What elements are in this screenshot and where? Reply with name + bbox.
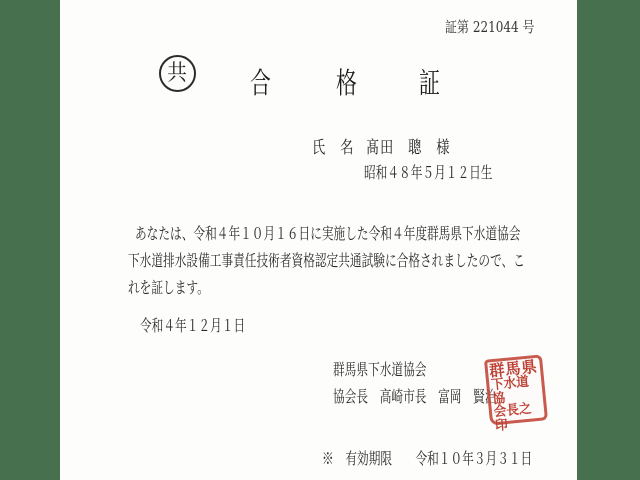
body-line-2: 下水道排水設備工事責任技術者資格認定共通試験に合格されましたので、こ xyxy=(128,248,640,271)
validity-note: ※ 有効期限 令和１０年３月３１日 xyxy=(322,446,610,469)
organization-name: 群馬県下水道協会 xyxy=(333,357,461,380)
circled-kyo-mark-icon: 共 xyxy=(159,55,196,92)
birthdate: 昭和４８年５月１２日生 xyxy=(364,160,540,183)
body-line-3: れを証します。 xyxy=(128,275,239,298)
body-line-1: あなたは、令和４年１０月１６日に実施した令和４年度群馬県下水道協会 xyxy=(135,221,640,244)
official-red-seal: 群馬県 下水道協 会長之印 xyxy=(484,354,548,425)
name-label: 氏 名 xyxy=(312,133,366,158)
certificate-document: 証第 221044 号 共 合 格 証 氏 名 髙田 聰 様 昭和４８年５月１２… xyxy=(0,0,640,480)
kyo-mark-glyph: 共 xyxy=(168,63,188,85)
recipient-name: 髙田 聰 様 xyxy=(366,133,474,158)
certificate-number: 証第 221044 号 xyxy=(445,16,557,37)
title-char-2: 格 xyxy=(336,61,357,102)
seal-text-row-3: 会長之印 xyxy=(493,402,544,434)
title-char-3: 証 xyxy=(419,61,440,102)
left-green-band xyxy=(0,0,60,480)
title-char-1: 合 xyxy=(250,61,271,102)
issue-date: 令和４年１２月１日 xyxy=(140,313,284,336)
